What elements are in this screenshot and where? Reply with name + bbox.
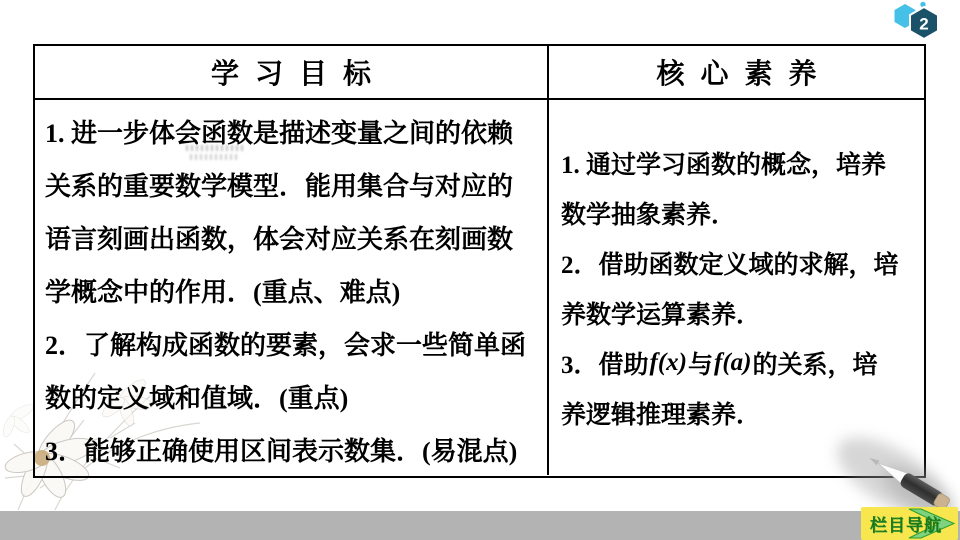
page-number: 2 <box>919 15 928 34</box>
competency-text: 的关系，培 <box>753 345 878 381</box>
objective-line: 1. 进一步体会函数是描述变量之间的依赖 <box>45 105 541 158</box>
math-fa: f(a) <box>713 349 752 377</box>
competency-line-with-math: 3．借助f(x)与f(a)的关系，培 <box>561 338 918 388</box>
page-number-badge: 2 <box>880 0 955 46</box>
competency-line: 养逻辑推理素养． <box>561 388 918 438</box>
objective-line: 语言刻画出函数，体会对应关系在刻画数 <box>45 211 541 264</box>
table-body-row: 1. 进一步体会函数是描述变量之间的依赖 关系的重要数学模型．能用集合与对应的 … <box>35 100 924 475</box>
header-core-competencies-label: 核心素养 <box>656 52 832 92</box>
table-header-row: 学习目标 核心素养 <box>35 46 924 100</box>
learning-objectives-cell: 1. 进一步体会函数是描述变量之间的依赖 关系的重要数学模型．能用集合与对应的 … <box>35 100 549 475</box>
competency-line: 数学抽象素养． <box>561 188 918 238</box>
hexagon-dark-icon: 2 <box>910 7 938 39</box>
nav-button[interactable]: 栏目导航 <box>861 507 958 540</box>
objective-line: 学概念中的作用．(重点、难点) <box>45 264 541 317</box>
objective-line: 关系的重要数学模型．能用集合与对应的 <box>45 158 541 211</box>
competency-line: 1. 通过学习函数的概念，培养 <box>561 138 918 188</box>
competency-text: 3．借助 <box>561 345 649 381</box>
header-core-competencies: 核心素养 <box>549 46 924 98</box>
objective-line: 2．了解构成函数的要素，会求一些简单函 <box>45 317 541 370</box>
objective-line: 3．能够正确使用区间表示数集．(易混点) <box>45 423 541 476</box>
math-fx: f(x) <box>649 349 688 377</box>
header-learning-objectives: 学习目标 <box>35 46 549 98</box>
header-learning-objectives-label: 学习目标 <box>211 52 387 92</box>
objectives-table: 学习目标 核心素养 1. 进一步体会函数是描述变量之间的依赖 关系的重要数学模型… <box>33 44 926 478</box>
competency-line: 养数学运算素养． <box>561 288 918 338</box>
footer-bar <box>0 511 960 540</box>
competency-text: 与 <box>688 345 713 381</box>
nav-button-label[interactable]: 栏目导航 <box>867 507 945 540</box>
watermark-smudge <box>186 144 250 162</box>
core-competencies-cell: 1. 通过学习函数的概念，培养 数学抽象素养． 2．借助函数定义域的求解，培 养… <box>549 100 924 475</box>
objective-line: 数的定义域和值域．(重点) <box>45 370 541 423</box>
competency-line: 2．借助函数定义域的求解，培 <box>561 238 918 288</box>
slide: 学习目标 核心素养 1. 进一步体会函数是描述变量之间的依赖 关系的重要数学模型… <box>0 0 960 540</box>
